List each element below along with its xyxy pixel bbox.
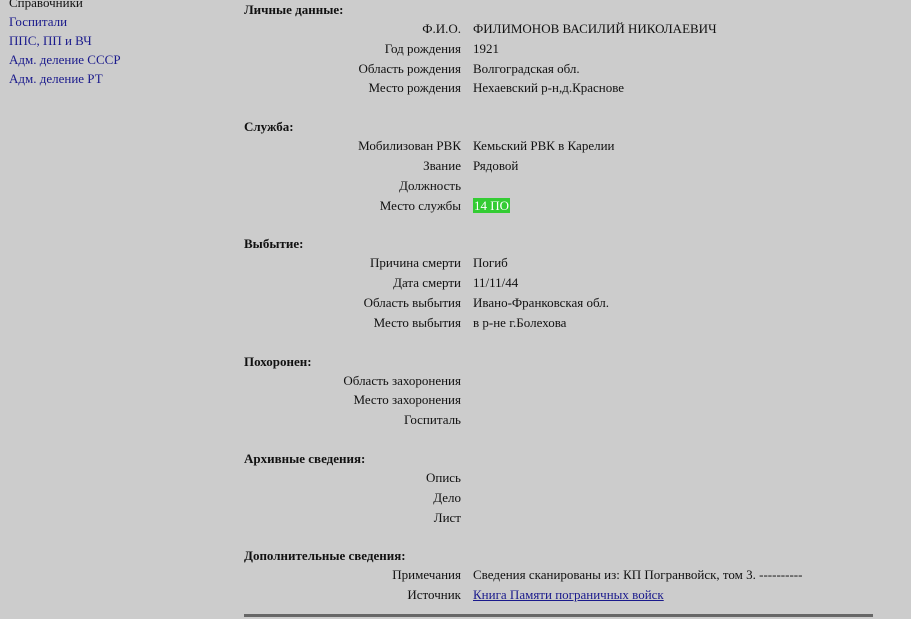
field-label: Область рождения xyxy=(358,59,461,79)
field-label: Должность xyxy=(399,176,461,196)
field-row-death-cause: Причина смертиПогиб xyxy=(244,253,874,273)
section-title-archive: Архивные сведения: xyxy=(244,449,874,468)
field-row-departure-place: Место выбытияв р-не г.Болехова xyxy=(244,313,874,333)
section-title-service: Служба: xyxy=(244,117,874,136)
field-row-case: Дело xyxy=(244,488,874,508)
field-value: Ивано-Франковская обл. xyxy=(473,293,609,313)
field-value: Погиб xyxy=(473,253,508,273)
sidebar-heading: Справочники xyxy=(9,0,121,12)
field-value: 1921 xyxy=(473,39,499,59)
field-row-burial-region: Область захоронения xyxy=(244,371,874,391)
field-row-birth-region: Область рожденияВолгоградская обл. xyxy=(244,59,874,79)
field-value: ФИЛИМОНОВ ВАСИЛИЙ НИКОЛАЕВИЧ xyxy=(473,19,717,39)
field-label: Звание xyxy=(423,156,461,176)
field-value: Рядовой xyxy=(473,156,518,176)
field-row-notes: ПримечанияСведения сканированы из: КП По… xyxy=(244,565,874,585)
source-link[interactable]: Книга Памяти пограничных войск xyxy=(473,587,664,602)
sidebar-link-rt-division[interactable]: Адм. деление РТ xyxy=(9,71,103,86)
field-value: 11/11/44 xyxy=(473,273,518,293)
section-title-personal: Личные данные: xyxy=(244,0,874,19)
field-label: Место службы xyxy=(380,196,461,216)
field-row-rvk: Мобилизован РВККемьский РВК в Карелии xyxy=(244,136,874,156)
field-label: Место рождения xyxy=(369,78,461,98)
field-row-hospital: Госпиталь xyxy=(244,410,874,430)
sidebar-link-pps[interactable]: ППС, ПП и ВЧ xyxy=(9,33,92,48)
field-label: Мобилизован РВК xyxy=(358,136,461,156)
field-label: Год рождения xyxy=(385,39,461,59)
field-row-birth-place: Место рожденияНехаевский р-н,д.Краснове xyxy=(244,78,874,98)
field-label: Ф.И.О. xyxy=(422,19,461,39)
bottom-divider xyxy=(244,614,873,617)
field-row-source: ИсточникКнига Памяти пограничных войск xyxy=(244,585,874,605)
section-title-extra: Дополнительные сведения: xyxy=(244,546,874,565)
field-row-inventory: Опись xyxy=(244,468,874,488)
field-row-fio: Ф.И.О.ФИЛИМОНОВ ВАСИЛИЙ НИКОЛАЕВИЧ xyxy=(244,19,874,39)
field-row-departure-region: Область выбытияИвано-Франковская обл. xyxy=(244,293,874,313)
field-row-rank: ЗваниеРядовой xyxy=(244,156,874,176)
field-label: Опись xyxy=(426,468,461,488)
record-details: Личные данные: Ф.И.О.ФИЛИМОНОВ ВАСИЛИЙ Н… xyxy=(244,0,874,605)
field-label: Область выбытия xyxy=(364,293,461,313)
field-label: Госпиталь xyxy=(404,410,461,430)
field-row-position: Должность xyxy=(244,176,874,196)
field-row-birth-year: Год рождения1921 xyxy=(244,39,874,59)
field-label: Место выбытия xyxy=(374,313,461,333)
field-label: Причина смерти xyxy=(370,253,461,273)
field-label: Примечания xyxy=(392,565,461,585)
section-title-departure: Выбытие: xyxy=(244,234,874,253)
field-row-service-place: Место службы14 ПО xyxy=(244,196,874,216)
field-value: Волгоградская обл. xyxy=(473,59,580,79)
field-label: Место захоронения xyxy=(353,390,461,410)
field-row-death-date: Дата смерти11/11/44 xyxy=(244,273,874,293)
field-value: Сведения сканированы из: КП Погранвойск,… xyxy=(473,565,802,585)
sidebar-link-hospitals[interactable]: Госпитали xyxy=(9,14,67,29)
field-label: Источник xyxy=(407,585,461,605)
field-row-sheet: Лист xyxy=(244,508,874,528)
field-row-burial-place: Место захоронения xyxy=(244,390,874,410)
field-label: Область захоронения xyxy=(343,371,461,391)
field-label: Лист xyxy=(434,508,461,528)
field-value: Нехаевский р-н,д.Краснове xyxy=(473,78,624,98)
field-value: в р-не г.Болехова xyxy=(473,313,566,333)
highlighted-value: 14 ПО xyxy=(473,198,510,213)
field-value: Кемьский РВК в Карелии xyxy=(473,136,615,156)
sidebar-link-ussr-division[interactable]: Адм. деление СССР xyxy=(9,52,121,67)
field-label: Дело xyxy=(433,488,461,508)
field-label: Дата смерти xyxy=(393,273,461,293)
section-title-burial: Похоронен: xyxy=(244,352,874,371)
sidebar-nav: Справочники Госпитали ППС, ПП и ВЧ Адм. … xyxy=(9,0,121,88)
